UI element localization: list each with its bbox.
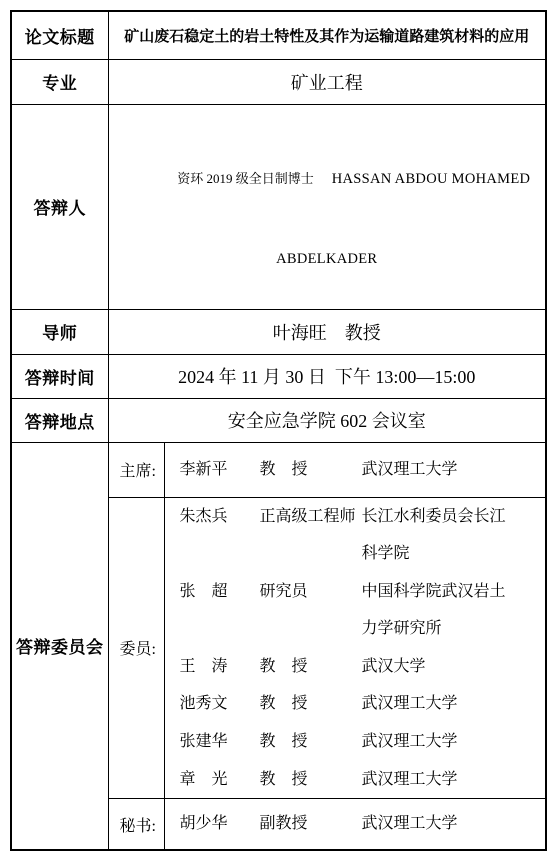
defense-time-row: 答辩时间 2024 年 11 月 30 日 下午 13:00—15:00 [11, 354, 546, 398]
committee-members-cell: 朱杰兵 正高级工程师 长江水利委员会长江科学院 张 超 研究员 中国科学院武汉岩… [164, 497, 546, 799]
committee-label: 答辩委员会 [11, 442, 108, 850]
defense-time-value: 2024 年 11 月 30 日 下午 13:00—15:00 [108, 354, 546, 398]
member-affiliation: 武汉理工大学 [362, 451, 512, 489]
defender-name-part2: ABDELKADER [109, 249, 546, 269]
major-label: 专业 [11, 59, 108, 104]
committee-role-secretary: 秘书: [108, 799, 164, 850]
defense-info-table: 论文标题 矿山废石稳定土的岩土特性及其作为运输道路建筑材料的应用 专业 矿业工程… [10, 10, 547, 851]
committee-member-row: 张 超 研究员 中国科学院武汉岩土力学研究所 [165, 573, 546, 648]
defender-class-info: 资环 2019 级全日制博士 [177, 171, 314, 186]
member-name: 张 超 [180, 573, 260, 611]
member-name: 章 光 [180, 761, 260, 799]
member-title: 副教授 [260, 805, 362, 843]
defender-row: 答辩人 资环 2019 级全日制博士HASSAN ABDOU MOHAMED A… [11, 104, 546, 309]
committee-member-row: 张建华 教 授 武汉理工大学 [165, 723, 546, 761]
member-title: 教 授 [260, 685, 362, 723]
committee-chair-row: 答辩委员会 主席: 李新平 教 授 武汉理工大学 [11, 442, 546, 497]
defense-location-row: 答辩地点 安全应急学院 602 会议室 [11, 398, 546, 442]
member-affiliation: 武汉大学 [362, 648, 512, 686]
defense-location-value: 安全应急学院 602 会议室 [108, 398, 546, 442]
member-title: 教 授 [260, 451, 362, 489]
member-affiliation: 中国科学院武汉岩土力学研究所 [362, 573, 512, 648]
member-affiliation: 长江水利委员会长江科学院 [362, 498, 512, 573]
member-name: 张建华 [180, 723, 260, 761]
defender-value: 资环 2019 级全日制博士HASSAN ABDOU MOHAMED ABDEL… [108, 104, 546, 309]
committee-member-row: 胡少华 副教授 武汉理工大学 [165, 805, 546, 843]
defense-time-label: 答辩时间 [11, 354, 108, 398]
member-affiliation: 武汉理工大学 [362, 761, 512, 799]
major-value: 矿业工程 [108, 59, 546, 104]
committee-member-row: 王 涛 教 授 武汉大学 [165, 648, 546, 686]
defender-name-part1: HASSAN ABDOU MOHAMED [332, 171, 531, 187]
thesis-defense-announcement-page: 论文标题 矿山废石稳定土的岩土特性及其作为运输道路建筑材料的应用 专业 矿业工程… [0, 0, 557, 702]
member-title: 正高级工程师 [260, 498, 362, 536]
member-title: 教 授 [260, 648, 362, 686]
committee-secretary-cell: 胡少华 副教授 武汉理工大学 [164, 799, 546, 850]
member-name: 胡少华 [180, 805, 260, 843]
member-name: 王 涛 [180, 648, 260, 686]
advisor-label: 导师 [11, 309, 108, 354]
member-affiliation: 武汉理工大学 [362, 723, 512, 761]
defender-label: 答辩人 [11, 104, 108, 309]
member-title: 教 授 [260, 761, 362, 799]
member-affiliation: 武汉理工大学 [362, 685, 512, 723]
defense-location-label: 答辩地点 [11, 398, 108, 442]
thesis-title-label: 论文标题 [11, 11, 108, 59]
thesis-title-row: 论文标题 矿山废石稳定土的岩土特性及其作为运输道路建筑材料的应用 [11, 11, 546, 59]
committee-chair-cell: 李新平 教 授 武汉理工大学 [164, 442, 546, 497]
committee-role-member: 委员: [108, 497, 164, 799]
committee-role-chair: 主席: [108, 442, 164, 497]
committee-member-row: 章 光 教 授 武汉理工大学 [165, 761, 546, 799]
major-row: 专业 矿业工程 [11, 59, 546, 104]
member-name: 池秀文 [180, 685, 260, 723]
member-title: 教 授 [260, 723, 362, 761]
member-affiliation: 武汉理工大学 [362, 805, 512, 843]
member-name: 朱杰兵 [180, 498, 260, 536]
advisor-row: 导师 叶海旺 教授 [11, 309, 546, 354]
committee-member-row: 李新平 教 授 武汉理工大学 [165, 451, 546, 489]
defender-line1: 资环 2019 级全日制博士HASSAN ABDOU MOHAMED [109, 147, 546, 209]
committee-member-row: 朱杰兵 正高级工程师 长江水利委员会长江科学院 [165, 498, 546, 573]
member-name: 李新平 [180, 451, 260, 489]
member-title: 研究员 [260, 573, 362, 611]
advisor-value: 叶海旺 教授 [108, 309, 546, 354]
committee-member-row: 池秀文 教 授 武汉理工大学 [165, 685, 546, 723]
thesis-title-value: 矿山废石稳定土的岩土特性及其作为运输道路建筑材料的应用 [108, 11, 546, 59]
